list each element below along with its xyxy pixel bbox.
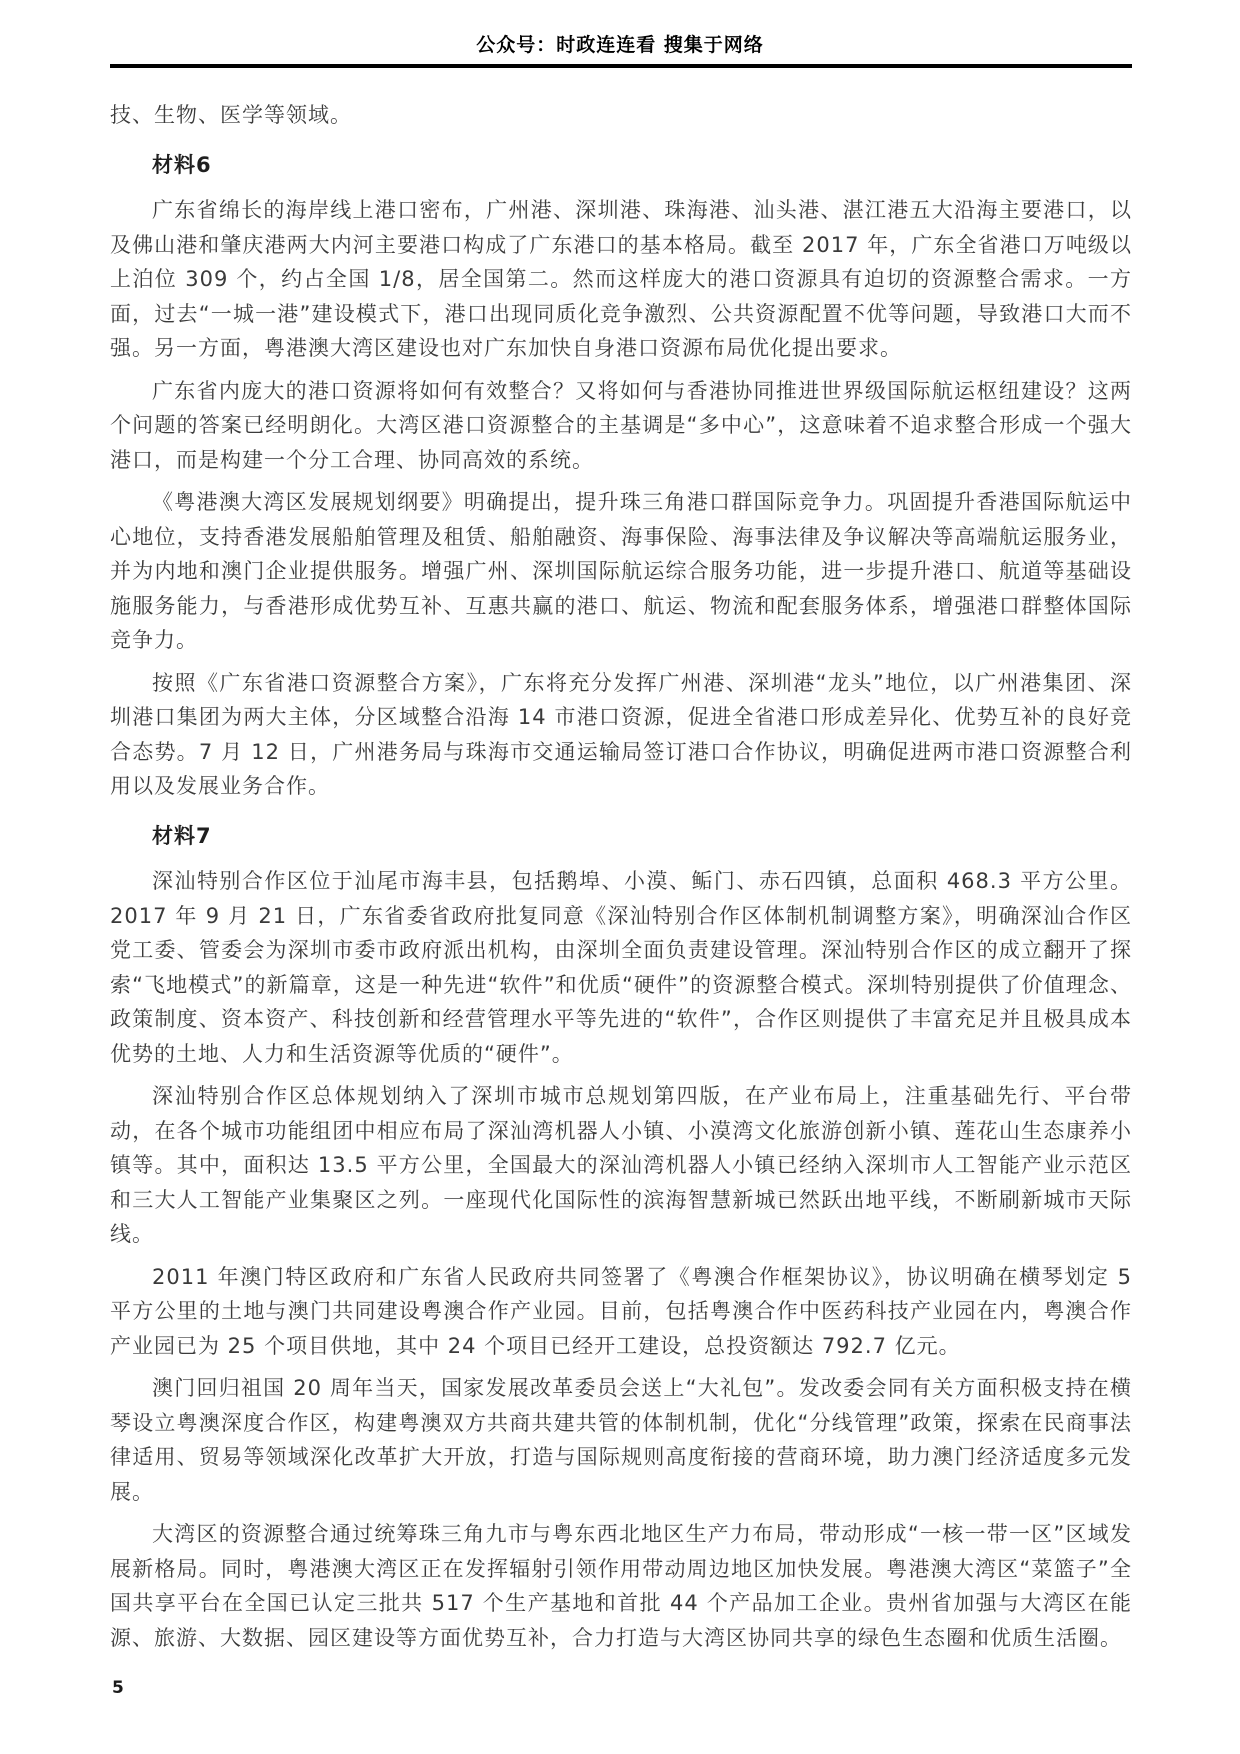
header-divider <box>110 64 1132 68</box>
page-number: 5 <box>112 1678 124 1698</box>
paragraph-continuation: 技、生物、医学等领域。 <box>110 98 1132 133</box>
paragraph: 《粤港澳大湾区发展规划纲要》明确提出，提升珠三角港口群国际竞争力。巩固提升香港国… <box>110 485 1132 658</box>
header-title: 公众号：时政连连看 搜集于网络 <box>0 0 1240 57</box>
paragraph: 广东省内庞大的港口资源将如何有效整合？又将如何与香港协同推进世界级国际航运枢纽建… <box>110 374 1132 478</box>
paragraph: 广东省绵长的海岸线上港口密布，广州港、深圳港、珠海港、汕头港、湛江港五大沿海主要… <box>110 193 1132 366</box>
paragraph: 澳门回归祖国 20 周年当天，国家发展改革委员会送上“大礼包”。发改委会同有关方… <box>110 1371 1132 1509</box>
paragraph: 大湾区的资源整合通过统筹珠三角九市与粤东西北地区生产力布局，带动形成“一核一带一… <box>110 1517 1132 1655</box>
page-header: 公众号：时政连连看 搜集于网络 <box>0 0 1240 68</box>
paragraph: 按照《广东省港口资源整合方案》，广东将充分发挥广州港、深圳港“龙头”地位，以广州… <box>110 666 1132 804</box>
document-body: 技、生物、医学等领域。 材料6 广东省绵长的海岸线上港口密布，广州港、深圳港、珠… <box>110 98 1132 1655</box>
paragraph: 深汕特别合作区总体规划纳入了深圳市城市总规划第四版，在产业布局上，注重基础先行、… <box>110 1079 1132 1252</box>
paragraph: 2011 年澳门特区政府和广东省人民政府共同签署了《粤澳合作框架协议》，协议明确… <box>110 1260 1132 1364</box>
material-7-heading: 材料7 <box>110 819 1132 854</box>
document-page: 公众号：时政连连看 搜集于网络 技、生物、医学等领域。 材料6 广东省绵长的海岸… <box>0 0 1240 1754</box>
paragraph: 深汕特别合作区位于汕尾市海丰县，包括鹅埠、小漠、鲘门、赤石四镇，总面积 468.… <box>110 864 1132 1071</box>
material-6-heading: 材料6 <box>110 148 1132 183</box>
